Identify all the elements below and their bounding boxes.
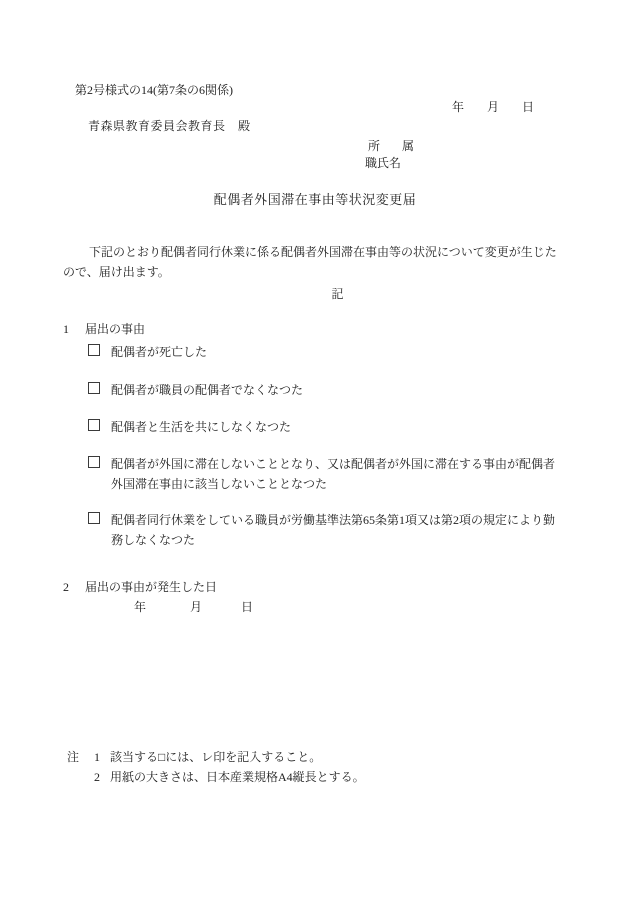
month-label: 月 <box>487 101 499 113</box>
checkbox-icon[interactable] <box>88 419 100 431</box>
reason-item-death: 配偶者が死亡した <box>88 342 561 362</box>
checkbox-icon[interactable] <box>88 382 100 394</box>
year-label: 年 <box>134 601 146 613</box>
note-number: 2 <box>94 771 110 783</box>
occurrence-date-line: 年 月 日 <box>134 601 253 613</box>
checkbox-icon[interactable] <box>88 512 100 524</box>
reason-item-label: 配偶者同行休業をしている職員が労働基準法第65条第1項又は第2項の規定により勤務… <box>111 510 561 550</box>
reason-item-no-longer-spouse: 配偶者が職員の配偶者でなくなつた <box>88 380 561 400</box>
reason-item-label: 配偶者が外国に滞在しないこととなり、又は配偶者が外国に滞在する事由が配偶者外国滞… <box>111 454 561 494</box>
section1-heading-text: 届出の事由 <box>85 323 145 335</box>
reason-item-no-longer-living-together: 配偶者と生活を共にしなくなつた <box>88 417 561 437</box>
section2-number: 2 <box>63 581 85 593</box>
note-text: 該当する□には、レ印を記入すること。 <box>110 751 321 763</box>
section2-heading-text: 届出の事由が発生した日 <box>85 581 217 593</box>
addressee-line: 青森県教育委員会教育長 殿 <box>88 120 251 132</box>
day-label: 日 <box>522 101 534 113</box>
checkbox-icon[interactable] <box>88 456 100 468</box>
day-label: 日 <box>241 601 253 613</box>
note-number: 1 <box>94 751 110 763</box>
note-text: 用紙の大きさは、日本産業規格A4縦長とする。 <box>110 771 365 783</box>
form-number: 第2号様式の14(第7条の6関係) <box>75 84 233 96</box>
note-label: 注 <box>67 751 94 763</box>
note-label-spacer <box>67 771 94 783</box>
reason-item-labor-standards: 配偶者同行休業をしている職員が労働基準法第65条第1項又は第2項の規定により勤務… <box>88 510 561 550</box>
affiliation-label: 所属 <box>368 140 414 152</box>
document-page: 第2号様式の14(第7条の6関係) 年 月 日 青森県教育委員会教育長 殿 所属… <box>0 0 630 903</box>
note-line-2: 2 用紙の大きさは、日本産業規格A4縦長とする。 <box>67 771 365 783</box>
date-line-top: 年 月 日 <box>452 101 534 113</box>
section2-heading: 2 届出の事由が発生した日 <box>63 581 217 593</box>
name-label: 職氏名 <box>365 157 401 169</box>
reason-item-label: 配偶者と生活を共にしなくなつた <box>111 417 561 437</box>
reason-item-no-longer-abroad: 配偶者が外国に滞在しないこととなり、又は配偶者が外国に滞在する事由が配偶者外国滞… <box>88 454 561 494</box>
document-title: 配偶者外国滞在事由等状況変更届 <box>0 193 630 206</box>
affiliation-label-second: 属 <box>402 139 414 153</box>
reason-item-label: 配偶者が死亡した <box>111 342 561 362</box>
year-label: 年 <box>452 101 464 113</box>
affiliation-label-first: 所 <box>368 139 380 153</box>
month-label: 月 <box>190 601 202 613</box>
record-marker: 記 <box>0 288 630 300</box>
section1-heading: 1 届出の事由 <box>63 323 145 335</box>
checkbox-icon[interactable] <box>88 344 100 356</box>
note-line-1: 注 1 該当する□には、レ印を記入すること。 <box>67 751 321 763</box>
body-paragraph: 下記のとおり配偶者同行休業に係る配偶者外国滞在事由等の状況について変更が生じたの… <box>63 242 563 282</box>
section1-number: 1 <box>63 323 85 335</box>
reason-item-label: 配偶者が職員の配偶者でなくなつた <box>111 380 561 400</box>
